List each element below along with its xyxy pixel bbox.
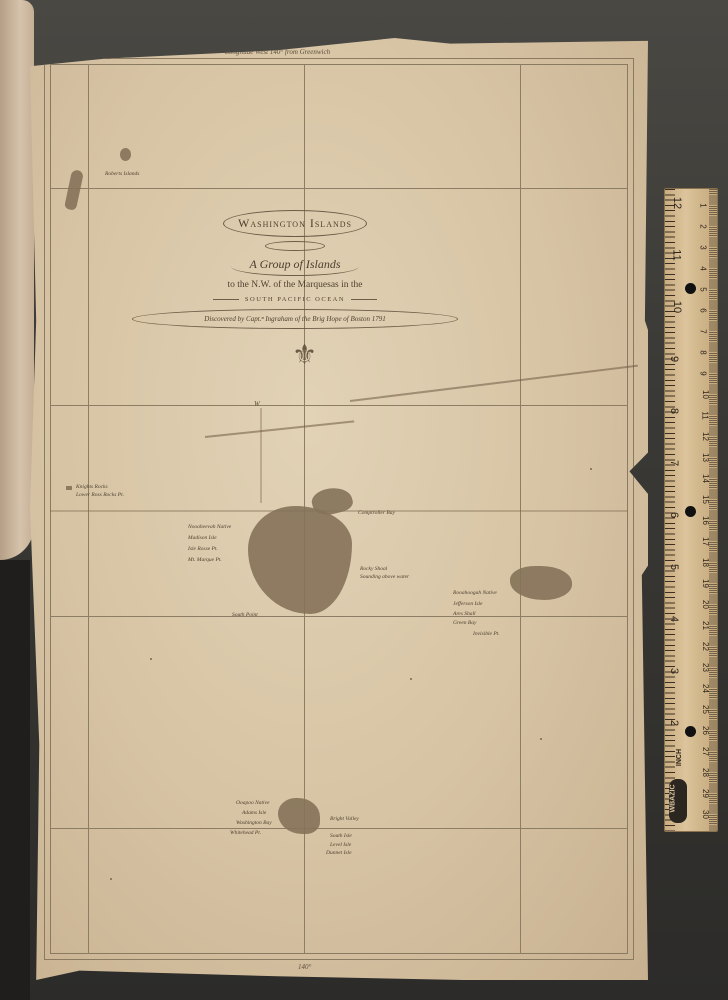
ruler-cm-label: 10 (701, 390, 710, 399)
ruler-cm-label: 30 (701, 810, 710, 819)
feature-label: Comptroller Bay (358, 510, 395, 516)
ruler-brand-badge: WBAZIC (669, 779, 687, 823)
ruler-cm-label: 5 (699, 287, 708, 291)
center-marker: W (254, 400, 260, 408)
feature-label: Level Isle (330, 842, 351, 848)
ruler-cm-label: 15 (701, 495, 710, 504)
bottom-border-label: 140° (298, 963, 311, 971)
ruler-inch-label: 6 (668, 512, 680, 518)
island-alias: Washington Bay (236, 820, 272, 826)
ruler-cm-label: 3 (699, 245, 708, 249)
ruler-inch-ticks (665, 189, 675, 831)
decorative-oval (265, 241, 325, 251)
ruler-hole (685, 283, 696, 294)
foxing-spot (540, 738, 542, 740)
ruler-hole (685, 506, 696, 517)
island-alias: Isle Rosse Pt. (188, 546, 218, 552)
island-label: Rooahoogah Native (453, 590, 497, 596)
ruler-cm-label: 28 (701, 768, 710, 777)
island-label: Ooapoo Native (236, 800, 269, 806)
feature-label: South Isle (330, 833, 352, 839)
ruler-inch-label: 2 (668, 720, 680, 726)
ruler-inch-label: 8 (668, 408, 680, 414)
island-alias: Adams Isle (242, 810, 266, 816)
ruler-inch-label: 9 (668, 356, 680, 362)
meridian-line (88, 64, 89, 954)
map-cartouche: Washington Islands A Group of Islands to… (170, 210, 420, 329)
ruler-cm-label: 14 (701, 474, 710, 483)
foxing-spot (590, 468, 592, 470)
ruler-inch-label: 5 (668, 564, 680, 570)
map-subtitle: A Group of Islands (231, 257, 358, 276)
island-alias: Jefferson Isle (453, 601, 482, 607)
map-description: to the N.W. of the Marquesas in the (170, 280, 420, 290)
ruler-cm-label: 24 (701, 684, 710, 693)
measuring-ruler: 12 11 10 9 8 7 6 5 4 3 2 1 2 3 4 5 6 7 8… (664, 188, 718, 832)
ruler-cm-label: 22 (701, 642, 710, 651)
ruler-cm-label: 8 (699, 350, 708, 354)
ruler-inch-label: 10 (671, 301, 683, 313)
parallel-line (50, 616, 628, 617)
ruler-cm-label: 7 (699, 329, 708, 333)
island-alias: Mt. Marque Pt. (188, 557, 222, 563)
ocean-label-row: SOUTH PACIFIC OCEAN (170, 296, 420, 303)
island-label: Roberts Islands (105, 171, 139, 177)
map-title: Washington Islands (223, 210, 367, 237)
ruler-cm-label: 27 (701, 747, 710, 756)
ruler-brand: WBAZIC (670, 785, 677, 813)
ruler-cm-label: 25 (701, 705, 710, 714)
fleur-de-lis-icon: ⚜ (292, 338, 317, 372)
ruler-cm-label: 11 (701, 411, 710, 419)
ruler-cm-label: 13 (701, 453, 710, 462)
ruler-inch-label: 7 (668, 460, 680, 466)
ruler-inch-label: 3 (668, 668, 680, 674)
ruler-cm-label: 16 (701, 516, 710, 525)
ruler-inch-label: 12 (671, 197, 683, 209)
ruler-cm-label: 19 (701, 579, 710, 588)
book-page-edge (0, 0, 34, 560)
feature-label: Dunnet Isle (326, 850, 352, 856)
ruler-cm-label: 26 (701, 726, 710, 735)
map-sheet: Longitude West 140° from Greenwich 140° … (30, 38, 648, 980)
island-alias: Lower Ross Rocks Pt. (76, 492, 124, 498)
island-alias: Ares Shall (453, 611, 476, 617)
parallel-line (50, 828, 628, 829)
foxing-spot (410, 678, 412, 680)
feature-label: South Point (232, 612, 258, 618)
fold-crease (260, 408, 262, 503)
island-alias: Whitehead Pt. (230, 830, 261, 836)
island-alias: Green Bay (453, 620, 476, 626)
island-alias: Invisible Pt. (473, 631, 500, 637)
ruler-cm-label: 29 (701, 789, 710, 798)
parallel-line (50, 188, 628, 189)
ruler-inch-label: 11 (671, 249, 683, 260)
ruler-cm-label: 17 (701, 537, 710, 546)
foxing-spot (110, 878, 112, 880)
ruler-inch-label: 4 (668, 616, 680, 622)
meridian-line (520, 64, 521, 954)
book-shadow (0, 560, 30, 1000)
ruler-hole (685, 726, 696, 737)
ruler-cm-label: 2 (699, 224, 708, 228)
feature-label: Bright Valley (330, 816, 359, 822)
ocean-label: SOUTH PACIFIC OCEAN (245, 296, 345, 303)
ruler-cm-label: 18 (701, 558, 710, 567)
ruler-cm-label: 20 (701, 600, 710, 609)
feature-label: Sounding above water (360, 574, 409, 580)
ruler-cm-label: 6 (699, 308, 708, 312)
ruler-cm-label: 23 (701, 663, 710, 672)
ruler-cm-label: 9 (699, 371, 708, 375)
parallel-line (50, 405, 628, 406)
ruler-unit-label: INCH (676, 749, 683, 766)
ruler-cm-ticks (709, 189, 717, 831)
ruler-cm-label: 1 (699, 203, 708, 207)
ruler-cm-label: 12 (701, 432, 710, 441)
discovery-note: Discovered by Capt.ⁿ Ingraham of the Bri… (132, 309, 458, 329)
ruler-cm-label: 21 (701, 621, 710, 630)
island-label: Knights Rocks (76, 484, 108, 490)
foxing-spot (150, 658, 152, 660)
island-alias: Madison Isle (188, 535, 217, 541)
feature-label: Rocky Shoal (360, 566, 387, 572)
knights-rocks (66, 486, 72, 490)
ruler-cm-label: 4 (699, 266, 708, 270)
island-label: Nooaheevah Native (188, 524, 231, 530)
roberts-island-east (120, 148, 131, 161)
